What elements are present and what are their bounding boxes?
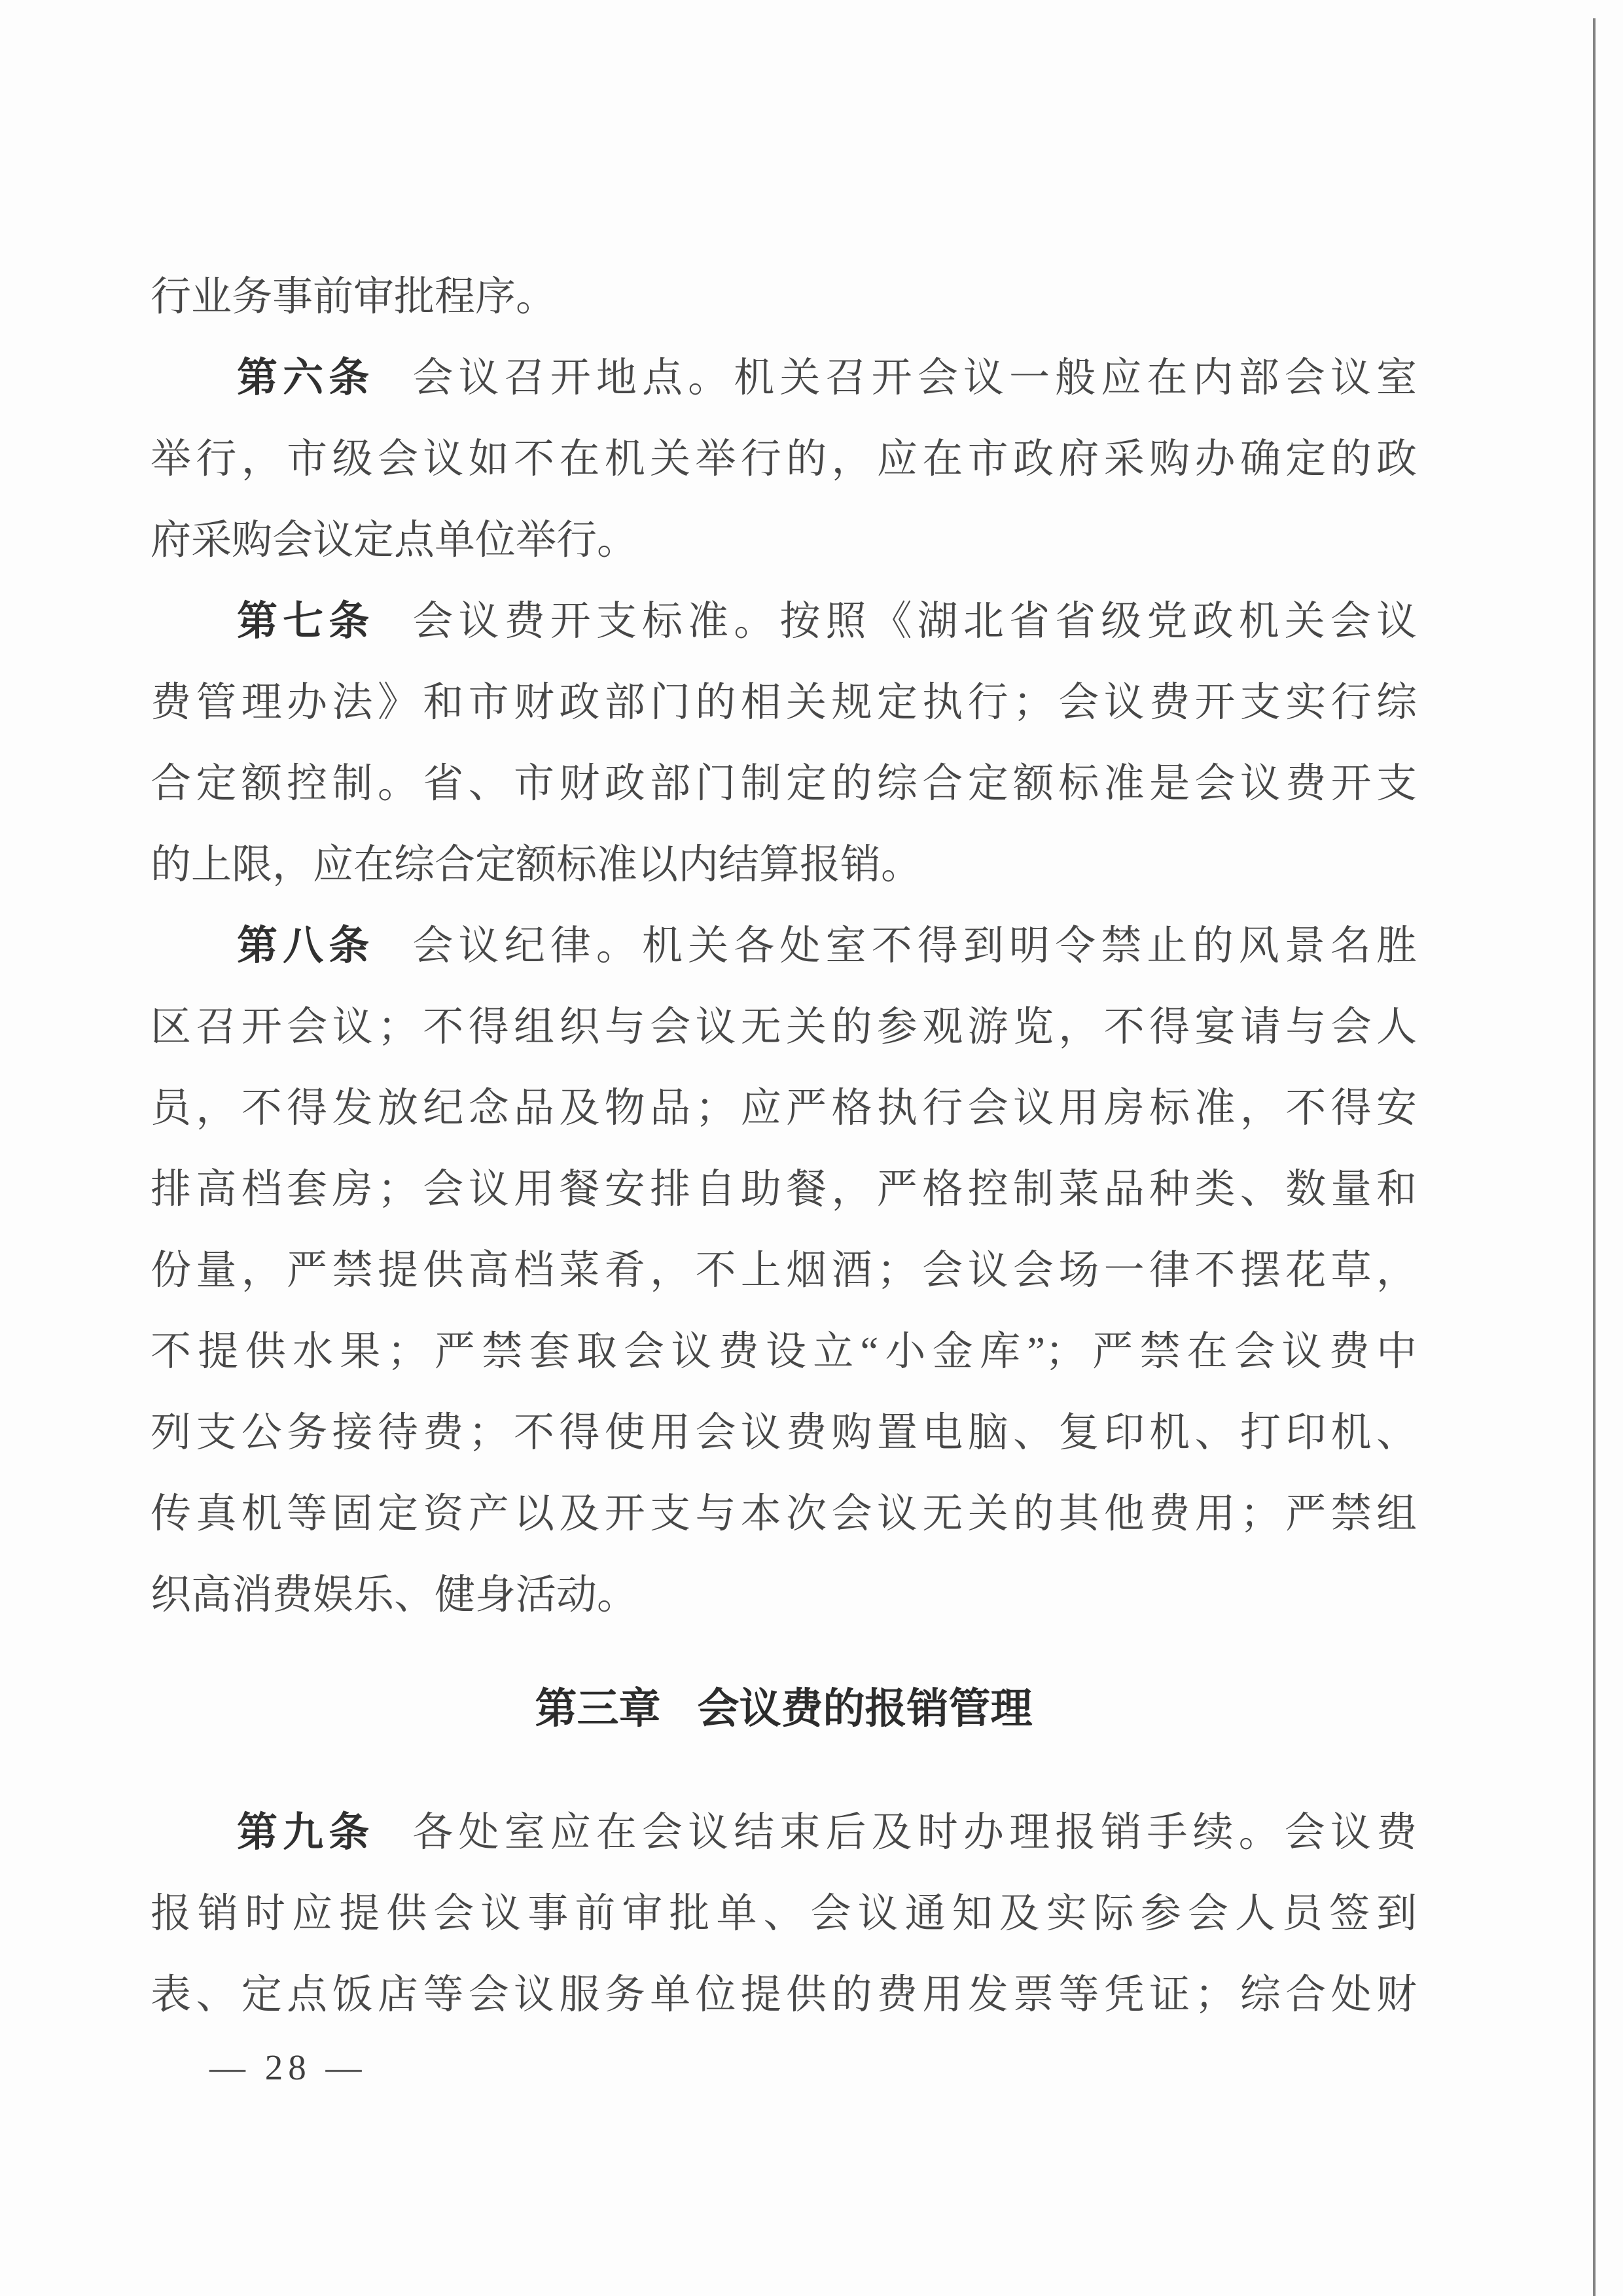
page-number: — 28 — [209,2047,367,2088]
line-text: 排高档套房；会议用餐安排自助餐，严格控制菜品种类、数量和 [151,1167,1417,1212]
line-text: 织高消费娱乐、健身活动。 [151,1573,637,1617]
paragraph-line: 报销时应提供会议事前审批单、会议通知及实际参会人员签到 [151,1873,1417,1954]
paragraph-line: 费管理办法》和市财政部门的相关规定执行；会议费开支实行综 [151,662,1417,743]
article-8-label: 第八条 [237,923,374,968]
line-text: 表、定点饭店等会议服务单位提供的费用发票等凭证；综合处财 [151,1973,1417,2017]
line-text: 区召开会议；不得组织与会议无关的参观游览，不得宴请与会人 [151,1005,1417,1050]
line-text: 员，不得发放纪念品及物品；应严格执行会议用房标准，不得安 [151,1086,1417,1131]
paragraph-line: 的上限，应在综合定额标准以内结算报销。 [151,824,1417,906]
line-text: 府采购会议定点单位举行。 [151,518,637,563]
paragraph-line: 份量，严禁提供高档菜肴，不上烟酒；会议会场一律不摆花草， [151,1230,1417,1311]
chapter-title: 会议费的报销管理 [698,1685,1033,1732]
paragraph-line: 第九条各处室应在会议结束后及时办理报销手续。会议费 [151,1792,1417,1873]
paragraph-line: 第七条会议费开支标准。按照《湖北省省级党政机关会议 [151,581,1417,662]
line-text: 举行，市级会议如不在机关举行的，应在市政府采购办确定的政 [151,437,1417,482]
paragraph-line: 举行，市级会议如不在机关举行的，应在市政府采购办确定的政 [151,419,1417,500]
paragraph-line: 第六条会议召开地点。机关召开会议一般应在内部会议室 [151,338,1417,419]
paragraph-line: 不提供水果；严禁套取会议费设立“小金库”；严禁在会议费中 [151,1311,1417,1392]
article-7-label: 第七条 [237,599,374,644]
article-9-label: 第九条 [237,1810,374,1855]
paragraph-line: 织高消费娱乐、健身活动。 [151,1555,1417,1636]
paragraph-line: 排高档套房；会议用餐安排自助餐，严格控制菜品种类、数量和 [151,1149,1417,1230]
paragraph-line: 第八条会议纪律。机关各处室不得到明令禁止的风景名胜 [151,906,1417,987]
line-text: 费管理办法》和市财政部门的相关规定执行；会议费开支实行综 [151,680,1417,725]
line-text: 会议纪律。机关各处室不得到明令禁止的风景名胜 [412,924,1417,968]
line-text: 传真机等固定资产以及开支与本次会议无关的其他费用；严禁组 [151,1492,1417,1536]
scanned-document-page: 行业务事前审批程序。 第六条会议召开地点。机关召开会议一般应在内部会议室 举行，… [0,0,1623,2296]
line-text: 合定额控制。省、市财政部门制定的综合定额标准是会议费开支 [151,762,1417,806]
paragraph-line: 府采购会议定点单位举行。 [151,500,1417,581]
line-text: 的上限，应在综合定额标准以内结算报销。 [151,843,921,887]
chapter-3-heading: 第三章会议费的报销管理 [151,1668,1417,1749]
paragraph-line: 员，不得发放纪念品及物品；应严格执行会议用房标准，不得安 [151,1068,1417,1149]
line-text: 份量，严禁提供高档菜肴，不上烟酒；会议会场一律不摆花草， [151,1248,1417,1293]
scan-edge-line [1593,18,1596,2296]
paragraph-line: 列支公务接待费；不得使用会议费购置电脑、复印机、打印机、 [151,1392,1417,1474]
line-text: 行业务事前审批程序。 [151,275,556,319]
line-text: 会议召开地点。机关召开会议一般应在内部会议室 [412,356,1417,400]
paragraph-line: 区召开会议；不得组织与会议无关的参观游览，不得宴请与会人 [151,987,1417,1068]
line-text: 不提供水果；严禁套取会议费设立“小金库”；严禁在会议费中 [151,1330,1417,1374]
paragraph-line: 行业务事前审批程序。 [151,256,1417,338]
line-text: 列支公务接待费；不得使用会议费购置电脑、复印机、打印机、 [151,1411,1417,1455]
line-text: 会议费开支标准。按照《湖北省省级党政机关会议 [412,599,1417,644]
line-text: 报销时应提供会议事前审批单、会议通知及实际参会人员签到 [151,1892,1417,1936]
paragraph-line: 表、定点饭店等会议服务单位提供的费用发票等凭证；综合处财 [151,1954,1417,2036]
article-6-label: 第六条 [237,355,374,400]
document-body: 行业务事前审批程序。 第六条会议召开地点。机关召开会议一般应在内部会议室 举行，… [151,256,1417,2036]
line-text: 各处室应在会议结束后及时办理报销手续。会议费 [412,1810,1417,1855]
chapter-number: 第三章 [535,1685,661,1732]
paragraph-line: 传真机等固定资产以及开支与本次会议无关的其他费用；严禁组 [151,1474,1417,1555]
paragraph-line: 合定额控制。省、市财政部门制定的综合定额标准是会议费开支 [151,743,1417,824]
